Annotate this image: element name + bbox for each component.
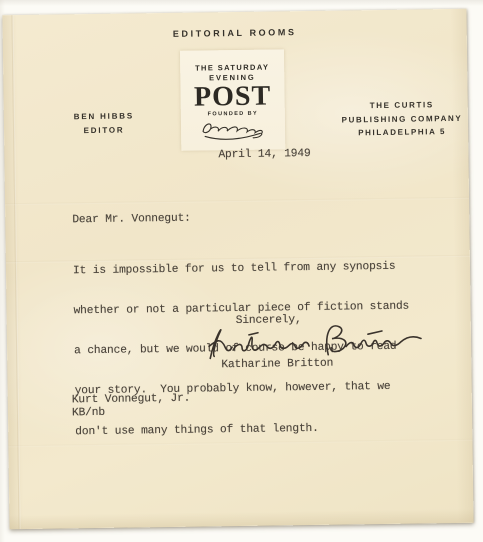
paper-crease-horizontal-upper [5, 197, 469, 205]
masthead-line1: THE SATURDAY [180, 62, 284, 72]
post-logo: POST [180, 82, 284, 111]
letter-date: April 14, 1949 [218, 148, 310, 161]
publisher-line3: PHILADELPHIA 5 [329, 125, 475, 141]
editor-title: EDITOR [56, 123, 152, 138]
publisher-block: THE CURTIS PUBLISHING COMPANY PHILADELPH… [329, 98, 476, 141]
body-line: don't use many things of that length. [75, 421, 411, 439]
reference-initials: KB/nb [72, 407, 105, 419]
franklin-signature-icon [181, 117, 285, 142]
editor-name: BEN HIBBS [56, 109, 152, 124]
editorial-rooms-heading: EDITORIAL ROOMS [3, 25, 467, 41]
publisher-line2: PUBLISHING COMPANY [329, 111, 475, 127]
editor-block: BEN HIBBS EDITOR [56, 109, 152, 138]
paper-crease-vertical [11, 15, 20, 529]
letter-paper: EDITORIAL ROOMS THE SATURDAY EVENING POS… [2, 9, 473, 529]
body-line: It is impossible for us to tell from any… [73, 260, 409, 278]
salutation: Dear Mr. Vonnegut: [72, 213, 191, 227]
masthead-label: THE SATURDAY EVENING POST FOUNDED BY [180, 49, 285, 150]
addressee: Kurt Vonnegut, Jr. [72, 393, 191, 407]
signature-typed-name: Katharine Britton [221, 358, 333, 372]
